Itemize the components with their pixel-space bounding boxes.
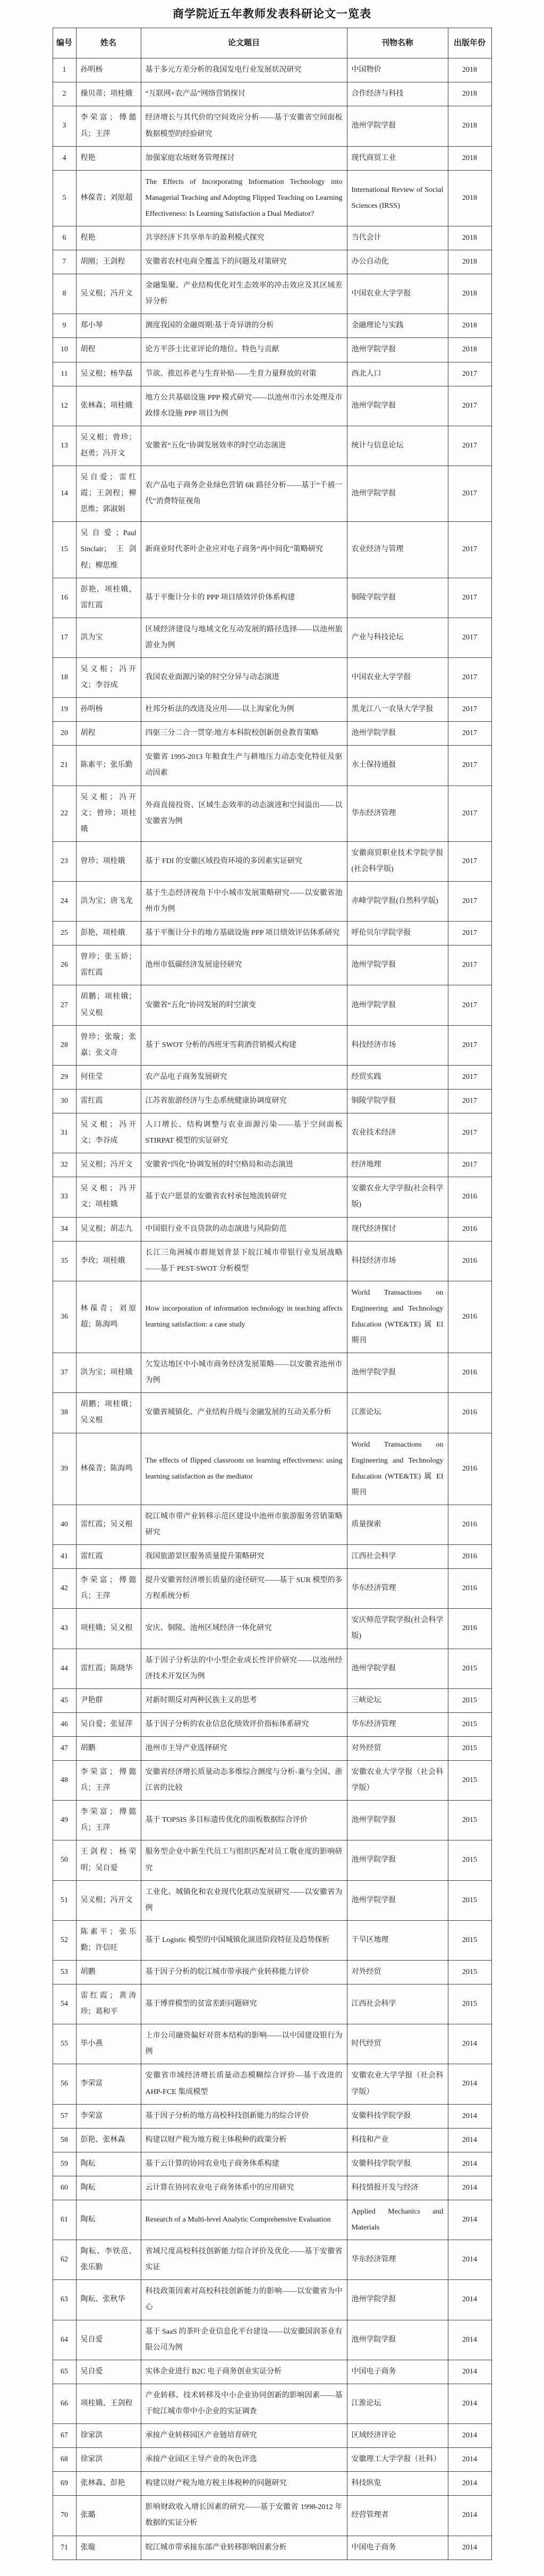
table-row: 42李荣富；傅懿兵；王萍提升安徽省经济增长质量的途径研究——基于 SUR 模型的…: [53, 1569, 491, 1609]
cell-names: 王剑程；杨荣明；吴自爱: [76, 1840, 141, 1880]
cell-title: 对新时期反对两种民族主义的思考: [141, 1688, 347, 1712]
cell-names: 项桂娥、王剑程: [76, 2384, 141, 2423]
cell-title: 基于多元方差分析的我国发电行业发展状况研究: [141, 58, 347, 82]
cell-no: 7: [53, 250, 76, 274]
table-row: 55毕小燕上市公司融资偏好对资本结构的影响——以中国建设银行为例时代经贸2014: [53, 2024, 491, 2064]
cell-no: 20: [53, 722, 76, 746]
cell-year: 2018: [448, 146, 491, 170]
cell-year: 2016: [448, 1353, 491, 1393]
document-page: 商学院近五年教师发表科研论文一览表 编号 姓名 论文题目 刊物名称 出版年份 1…: [0, 0, 544, 2560]
column-header-journal: 刊物名称: [347, 28, 448, 58]
cell-journal: 江淮论坛: [347, 2384, 448, 2423]
cell-no: 3: [53, 106, 76, 146]
cell-title: 基于 SWOT 分析的西班牙雪莉酒营销模式构建: [141, 1025, 347, 1065]
cell-title: 江苏省旅游经济与生态系统健康协调度研究: [141, 1089, 347, 1113]
cell-title: 上市公司融资偏好对资本结构的影响——以中国建设银行为例: [141, 2024, 347, 2064]
cell-title: 影响财政收入增长因素的研究——基于安徽省 1998-2012 年数据的实证分析: [141, 2496, 347, 2536]
cell-journal: 安徽科技学院学报: [347, 2104, 448, 2128]
cell-title: 基于云计算的协同农业电子商务体系构建: [141, 2152, 347, 2176]
cell-year: 2018: [448, 106, 491, 146]
cell-journal: 科技纵览: [347, 2472, 448, 2496]
cell-journal: 华东经济管理: [347, 1569, 448, 1609]
cell-title: 安徽省“五化”协调发展效率的时空动态演进: [141, 426, 347, 466]
table-row: 59陶耘基于云计算的协同农业电子商务体系构建安徽科技学院学报2014: [53, 2152, 491, 2176]
cell-year: 2014: [448, 2320, 491, 2360]
cell-no: 51: [53, 1880, 76, 1920]
cell-no: 58: [53, 2128, 76, 2152]
cell-no: 44: [53, 1649, 76, 1688]
cell-year: 2014: [448, 2176, 491, 2200]
cell-no: 68: [53, 2448, 76, 2472]
cell-names: 陈素平；张乐勤；许信旺: [76, 1920, 141, 1960]
cell-title: 欠发达地区中小城市商务经济发展策略——以安徽省池州市为例: [141, 1353, 347, 1393]
cell-names: 郑小琴: [76, 314, 141, 338]
cell-year: 2016: [448, 1505, 491, 1544]
cell-year: 2015: [448, 1736, 491, 1760]
cell-title: 中国银行业不良贷款的动态演进与风险防范: [141, 1217, 347, 1241]
papers-table: 编号 姓名 论文题目 刊物名称 出版年份 1孙明杨基于多元方差分析的我国发电行业…: [53, 28, 492, 2560]
cell-journal: Applied Mechanics and Materials: [347, 2200, 448, 2240]
cell-year: 2017: [448, 698, 491, 722]
cell-title: 池州市主导产业选择研究: [141, 1736, 347, 1760]
cell-no: 53: [53, 1960, 76, 1984]
cell-title: 共享经济下共享单车的盈利模式探究: [141, 226, 347, 250]
cell-names: 胡鹏: [76, 1736, 141, 1760]
cell-year: 2016: [448, 1217, 491, 1241]
cell-journal: 中国电子商务: [347, 2536, 448, 2560]
cell-journal: 池州学院学报: [347, 466, 448, 522]
cell-no: 47: [53, 1736, 76, 1760]
cell-year: 2016: [448, 1569, 491, 1609]
cell-journal: 池州学院学报: [347, 1649, 448, 1688]
table-row: 20胡程四驱三分二合一贯穿:地方本科院校创新创业教育策略池州学院学报2017: [53, 722, 491, 746]
cell-journal: 农业技术经济: [347, 1113, 448, 1153]
cell-year: 2017: [448, 1113, 491, 1153]
cell-year: 2017: [448, 362, 491, 386]
table-row: 50王剑程；杨荣明；吴自爱服务型企业中新生代员工与组织匹配对员工敬业度的影响研究…: [53, 1840, 491, 1880]
cell-names: 胡程: [76, 338, 141, 362]
cell-title: 测度我国的金融周期:基于奇异谱的分析: [141, 314, 347, 338]
cell-journal: 江西社会科学: [347, 1545, 448, 1569]
cell-journal: 西北人口: [347, 362, 448, 386]
table-row: 40雷红霞；吴义根皖江城市带产业转移示范区建设中池州市旅游服务营销策略研究质量探…: [53, 1505, 491, 1544]
cell-names: 程艳: [76, 146, 141, 170]
cell-title: 安徽省 1995-2013 年粮食生产与耕地压力动态变化特征及驱动因素: [141, 746, 347, 786]
cell-journal: 池州学院学报: [347, 338, 448, 362]
cell-names: 胡鹏；项桂娥；吴义根: [76, 985, 141, 1025]
cell-no: 38: [53, 1393, 76, 1433]
cell-journal: 赤峰学院学报(自然科学版): [347, 882, 448, 922]
table-row: 19孙明杨杜邦分析法的改进及应用——以上海家化为例黑龙江八一农垦大学学报2017: [53, 698, 491, 722]
cell-title: 外商直接投资、区域生态效率的动态演进和空间溢出——以安徽省为例: [141, 786, 347, 841]
cell-names: 雷红霞；吴义根: [76, 1505, 141, 1544]
page-title: 商学院近五年教师发表科研论文一览表: [0, 5, 544, 21]
cell-title: 省域尺度高校科技创新能力综合评价及优化——基于安徽省实证: [141, 2240, 347, 2280]
table-row: 18吴义根；冯开文；李谷成我国农业面源污染的时空分异与动态演进中国农业大学学报2…: [53, 657, 491, 697]
cell-no: 36: [53, 1281, 76, 1353]
cell-names: 彭艳，项桂娥，雷红霞: [76, 578, 141, 618]
cell-title: The effects of flipped classroom on lear…: [141, 1433, 347, 1505]
cell-no: 39: [53, 1433, 76, 1505]
table-row: 3李荣富；傅懿兵；王萍经济增长与其代价的空间效应分析——基于安徽省空间面板数据模…: [53, 106, 491, 146]
cell-year: 2018: [448, 338, 491, 362]
cell-journal: World Transactions on Engineering and Te…: [347, 1281, 448, 1353]
table-row: 71张璇皖江城市带承接东部产业转移影响因素分析中国电子商务2014: [53, 2536, 491, 2560]
cell-year: 2015: [448, 1688, 491, 1712]
cell-title: 构建以财产税为地方税主体税种的政策分析: [141, 2128, 347, 2152]
cell-journal: 科技情报开发与经济: [347, 2176, 448, 2200]
cell-year: 2015: [448, 1840, 491, 1880]
cell-journal: 池州学院学报: [347, 1353, 448, 1393]
cell-names: 曾珍；张玉娇；雷红霞: [76, 945, 141, 985]
cell-year: 2016: [448, 1177, 491, 1217]
cell-year: 2015: [448, 1880, 491, 1920]
cell-year: 2018: [448, 170, 491, 226]
cell-year: 2017: [448, 841, 491, 881]
table-row: 39林葆青；陈海鸣The effects of flipped classroo…: [53, 1433, 491, 1505]
cell-title: 四驱三分二合一贯穿:地方本科院校创新创业教育策略: [141, 722, 347, 746]
cell-names: 雷红霞；陈晓华: [76, 1649, 141, 1688]
cell-no: 9: [53, 314, 76, 338]
cell-no: 48: [53, 1761, 76, 1801]
cell-no: 31: [53, 1113, 76, 1153]
cell-title: 安徽省“五化”协同发展的时空演变: [141, 985, 347, 1025]
cell-names: 吴义根；冯开文: [76, 274, 141, 314]
cell-no: 34: [53, 1217, 76, 1241]
table-row: 30雷红霞江苏省旅游经济与生态系统健康协调度研究铜陵学院学报2017: [53, 1089, 491, 1113]
table-row: 28曾珍；张璇；张嘉；张文奇基于 SWOT 分析的西班牙雪莉酒营销模式构建科技经…: [53, 1025, 491, 1065]
cell-year: 2017: [448, 985, 491, 1025]
table-row: 58彭艳、张林森构建以财产税为地方税主体税种的政策分析科技和产业2014: [53, 2128, 491, 2152]
cell-title: 加强家庭农场财务管理探讨: [141, 146, 347, 170]
cell-no: 19: [53, 698, 76, 722]
cell-title: 经济增长与其代价的空间效应分析——基于安徽省空间面板数据模型的经验研究: [141, 106, 347, 146]
cell-title: 实体企业进行 B2C 电子商务创业实证分析: [141, 2360, 347, 2384]
cell-year: 2014: [448, 2424, 491, 2448]
cell-year: 2014: [448, 2128, 491, 2152]
cell-no: 32: [53, 1153, 76, 1177]
table-row: 37洪为宝；项桂娥欠发达地区中小城市商务经济发展策略——以安徽省池州市为例池州学…: [53, 1353, 491, 1393]
cell-no: 15: [53, 522, 76, 578]
cell-journal: 华东经济管理: [347, 2240, 448, 2280]
cell-names: 李荣富: [76, 2064, 141, 2104]
cell-year: 2017: [448, 746, 491, 786]
cell-year: 2017: [448, 786, 491, 841]
cell-journal: 中国农业大学学报: [347, 274, 448, 314]
cell-title: 基于平衡计分卡的 PPP 项目绩效评价体系构建: [141, 578, 347, 618]
cell-names: 胡刚；王剑程: [76, 250, 141, 274]
cell-title: 基于因子分析的皖江城市带承接产业转移能力评价: [141, 1960, 347, 1984]
cell-names: 李玫；项桂娥: [76, 1241, 141, 1281]
table-row: 7胡刚；王剑程安徽省农村电商全覆盖下的问题及对策研究办公自动化2018: [53, 250, 491, 274]
cell-names: 洪为宝；项桂娥: [76, 1353, 141, 1393]
cell-names: 彭艳、张林森: [76, 2128, 141, 2152]
cell-no: 18: [53, 657, 76, 697]
cell-title: 基于 SaaS 的茶叶企业信息化平台建设——以安徽国润茶业有限公司为例: [141, 2320, 347, 2360]
cell-no: 42: [53, 1569, 76, 1609]
cell-year: 2014: [448, 2536, 491, 2560]
cell-journal: 统计与信息论坛: [347, 426, 448, 466]
cell-no: 43: [53, 1609, 76, 1649]
cell-no: 45: [53, 1688, 76, 1712]
cell-year: 2017: [448, 522, 491, 578]
table-row: 23曾珍；项桂娥基于 FDI 的安徽区域投资环境的多因素实证研究安徽商贸职业技术…: [53, 841, 491, 881]
cell-year: 2017: [448, 1065, 491, 1089]
cell-names: 陶耘、张秋华: [76, 2280, 141, 2320]
cell-year: 2015: [448, 1984, 491, 2024]
cell-no: 17: [53, 618, 76, 657]
table-row: 31吴义根；冯开文；李谷成人口增长、结构调整与农业面源污染——基于空间面板 ST…: [53, 1113, 491, 1153]
table-row: 33吴义根；冯开文；项桂娥基于农户愿景的安徽省农村承包地流转研究安徽农业大学学报…: [53, 1177, 491, 1217]
cell-names: 李荣富；傅懿兵；王萍: [76, 1761, 141, 1801]
cell-names: 林葆青；刘原超: [76, 170, 141, 226]
cell-no: 56: [53, 2064, 76, 2104]
cell-title: 基于生态经济视角下中小城市发展策略研究——以安徽省池州市为例: [141, 882, 347, 922]
cell-title: 人口增长、结构调整与农业面源污染——基于空间面板 STIRPAT 模型的实证研究: [141, 1113, 347, 1153]
cell-names: 胡程: [76, 722, 141, 746]
cell-title: 基于 Logistic 模型的中国城镇化演进阶段特征及趋势探析: [141, 1920, 347, 1960]
cell-title: 安徽省“四化”协调发展的时空格局和动态演进: [141, 1153, 347, 1177]
cell-title: 基于 FDI 的安徽区域投资环境的多因素实证研究: [141, 841, 347, 881]
cell-no: 29: [53, 1065, 76, 1089]
table-row: 62陶耘、李铁范、张乐勤省域尺度高校科技创新能力综合评价及优化——基于安徽省实证…: [53, 2240, 491, 2280]
cell-no: 63: [53, 2280, 76, 2320]
cell-year: 2017: [448, 618, 491, 657]
cell-no: 69: [53, 2472, 76, 2496]
table-row: 70张璐影响财政收入增长因素的研究——基于安徽省 1998-2012 年数据的实…: [53, 2496, 491, 2536]
cell-year: 2015: [448, 1960, 491, 1984]
table-row: 32吴义根；冯开文安徽省“四化”协调发展的时空格局和动态演进经济地理2017: [53, 1153, 491, 1177]
cell-title: 我国旅游景区服务质量提升策略研究: [141, 1545, 347, 1569]
cell-names: 陈素平；张乐勤: [76, 746, 141, 786]
cell-names: 吴义根；冯开文；项桂娥: [76, 1177, 141, 1217]
cell-journal: 科技经济市场: [347, 1241, 448, 1281]
cell-no: 61: [53, 2200, 76, 2240]
cell-names: 胡鹏；项桂娥；吴义根: [76, 1393, 141, 1433]
table-row: 2操贝蒂；项桂娥“互联网+农产品”网络营销探讨合作经济与科技2018: [53, 82, 491, 106]
cell-journal: 三峡论坛: [347, 1688, 448, 1712]
cell-year: 2014: [448, 2024, 491, 2064]
cell-no: 27: [53, 985, 76, 1025]
cell-no: 50: [53, 1840, 76, 1880]
cell-journal: 经贸实践: [347, 1065, 448, 1089]
table-row: 24洪为宝；唐飞龙基于生态经济视角下中小城市发展策略研究——以安徽省池州市为例赤…: [53, 882, 491, 922]
table-header-row: 编号 姓名 论文题目 刊物名称 出版年份: [53, 28, 491, 58]
table-row: 54雷红霞；黄涛珍；葛和平基于博弈模型的贫富差距问题研究江西社会科学2015: [53, 1984, 491, 2024]
table-row: 65吴自爱实体企业进行 B2C 电子商务创业实证分析中国电子商务2014: [53, 2360, 491, 2384]
cell-title: 杜邦分析法的改进及应用——以上海家化为例: [141, 698, 347, 722]
cell-year: 2014: [448, 2496, 491, 2536]
cell-no: 6: [53, 226, 76, 250]
table-row: 8吴义根；冯开文金融集聚、产业结构优化对生态效率的冲击效应及其区域差异分析中国农…: [53, 274, 491, 314]
cell-journal: 科技和产业: [347, 2128, 448, 2152]
cell-no: 59: [53, 2152, 76, 2176]
cell-year: 2017: [448, 945, 491, 985]
cell-journal: 办公自动化: [347, 250, 448, 274]
cell-no: 5: [53, 170, 76, 226]
cell-title: 承接产业园区主导产业的灰色评选: [141, 2448, 347, 2472]
table-row: 66项桂娥、王剑程产业转移、技术转移及中小企业协同创新的影响因素——基于皖江城市…: [53, 2384, 491, 2423]
cell-title: 构建以财产税为地方税主体税种的问题研究: [141, 2472, 347, 2496]
cell-journal: 池州学院学报: [347, 2320, 448, 2360]
table-row: 16彭艳，项桂娥，雷红霞基于平衡计分卡的 PPP 项目绩效评价体系构建铜陵学院学…: [53, 578, 491, 618]
cell-journal: 安庆师范学院学报(社会科学版): [347, 1609, 448, 1649]
table-row: 22吴义根；冯开文；曾珍；项桂娥外商直接投资、区域生态效率的动态演进和空间溢出—…: [53, 786, 491, 841]
cell-journal: 池州学院学报: [347, 2280, 448, 2320]
table-row: 57李荣富基于因子分析的地方高校科技创新能力的综合评价安徽科技学院学报2014: [53, 2104, 491, 2128]
table-row: 68徐家洪承接产业园区主导产业的灰色评选安徽理工大学学报（社科）2014: [53, 2448, 491, 2472]
table-row: 27胡鹏；项桂娥；吴义根安徽省“五化”协同发展的时空演变池州学院学报2017: [53, 985, 491, 1025]
cell-journal: 池州学院学报: [347, 722, 448, 746]
table-row: 36林葆青；刘原超；陈海鸣How incorporation of inform…: [53, 1281, 491, 1353]
cell-names: 雷红霞: [76, 1545, 141, 1569]
cell-no: 41: [53, 1545, 76, 1569]
cell-no: 55: [53, 2024, 76, 2064]
cell-title: 安徽省经济增长质量动态多维综合测度与分析-兼与全国、浙江省的比较: [141, 1761, 347, 1801]
cell-title: 安徽省市域经济增长质量动态模糊综合评价—基于改进的 AHP-FCE 集成模型: [141, 2064, 347, 2104]
table-row: 60陶耘云计算在协同农业电子商务体系中的应用研究科技情报开发与经济2014: [53, 2176, 491, 2200]
cell-title: 地方公共基础设施 PPP 模式研究——以池州市污水处理及市政排水设施 PPP 项…: [141, 386, 347, 426]
cell-no: 8: [53, 274, 76, 314]
cell-names: 陶耘、李铁范、张乐勤: [76, 2240, 141, 2280]
cell-no: 4: [53, 146, 76, 170]
cell-year: 2018: [448, 314, 491, 338]
cell-no: 66: [53, 2384, 76, 2423]
cell-names: 李荣富: [76, 2104, 141, 2128]
cell-journal: 区域经济评论: [347, 2424, 448, 2448]
cell-journal: 安徽农业大学学报(社会科学版): [347, 1177, 448, 1217]
cell-title: 基于因子分析的农业信息化绩效评价指标体系研究: [141, 1712, 347, 1736]
table-row: 43项桂娥；吴义根安庆、铜陵、池州区域经济一体化研究安庆师范学院学报(社会科学版…: [53, 1609, 491, 1649]
cell-journal: 质量探索: [347, 1505, 448, 1544]
cell-no: 22: [53, 786, 76, 841]
cell-journal: 呼伦贝尔学院学报: [347, 922, 448, 945]
cell-year: 2015: [448, 1649, 491, 1688]
cell-year: 2017: [448, 1089, 491, 1113]
cell-names: 李荣富；傅懿兵；王萍: [76, 106, 141, 146]
cell-title: 论方平莎士比亚评论的地位、特色与贡献: [141, 338, 347, 362]
cell-names: 林葆青；陈海鸣: [76, 1433, 141, 1505]
cell-year: 2017: [448, 1025, 491, 1065]
cell-year: 2015: [448, 1920, 491, 1960]
cell-year: 2016: [448, 1433, 491, 1505]
cell-names: 吴义根；冯开文；李谷成: [76, 657, 141, 697]
cell-journal: 安徽农业大学学报（社会科学版）: [347, 1761, 448, 1801]
table-row: 12张林森；项桂娥地方公共基础设施 PPP 模式研究——以池州市污水处理及市政排…: [53, 386, 491, 426]
cell-year: 2014: [448, 2448, 491, 2472]
cell-journal: 池州学院学报: [347, 1880, 448, 1920]
cell-no: 24: [53, 882, 76, 922]
cell-journal: 池州学院学报: [347, 945, 448, 985]
cell-title: 皖江城市带承接东部产业转移影响因素分析: [141, 2536, 347, 2560]
cell-no: 46: [53, 1712, 76, 1736]
table-row: 49李荣富；傅懿兵；王萍基于 TOPSIS 多目标遗传优化的面板数据综合评价池州…: [53, 1801, 491, 1840]
table-row: 53胡鹏基于因子分析的皖江城市带承接产业转移能力评价对外经贸2015: [53, 1960, 491, 1984]
cell-journal: 安徽农业大学学报（社会科学版）: [347, 2064, 448, 2104]
cell-title: 区域经济建设与地域文化互动发展的路径选择——以池州旅游业为例: [141, 618, 347, 657]
table-row: 25彭艳，项桂娥基于平衡计分卡的地方基础设施 PPP 项目绩效评估体系研究呼伦贝…: [53, 922, 491, 945]
cell-no: 10: [53, 338, 76, 362]
cell-title: “互联网+农产品”网络营销探讨: [141, 82, 347, 106]
cell-journal: 华东经济管理: [347, 1712, 448, 1736]
cell-names: 操贝蒂；项桂娥: [76, 82, 141, 106]
cell-names: 陶耘: [76, 2200, 141, 2240]
table-row: 34吴义根；胡志九中国银行业不良贷款的动态演进与风险防范现代经济探讨2016: [53, 1217, 491, 1241]
cell-journal: 经营管理者: [347, 2496, 448, 2536]
table-row: 64吴自爱基于 SaaS 的茶叶企业信息化平台建设——以安徽国润茶业有限公司为例…: [53, 2320, 491, 2360]
cell-journal: 池州学院学报: [347, 985, 448, 1025]
column-header-no: 编号: [53, 28, 76, 58]
cell-names: 吴义根；冯开文: [76, 1153, 141, 1177]
cell-journal: 中国农业大学学报: [347, 657, 448, 697]
cell-year: 2014: [448, 2384, 491, 2423]
cell-journal: 华东经济管理: [347, 786, 448, 841]
cell-no: 1: [53, 58, 76, 82]
cell-no: 54: [53, 1984, 76, 2024]
cell-names: 吴自爱；Paul Sinclair；王剑程；柳思维: [76, 522, 141, 578]
cell-names: 洪为宝: [76, 618, 141, 657]
cell-names: 李荣富；傅懿兵；王萍: [76, 1569, 141, 1609]
table-row: 69张林森、彭艳构建以财产税为地方税主体税种的问题研究科技纵览2014: [53, 2472, 491, 2496]
cell-journal: 江淮论坛: [347, 1393, 448, 1433]
cell-names: 雷红霞: [76, 1089, 141, 1113]
cell-year: 2018: [448, 250, 491, 274]
cell-journal: 安徽商贸职业技术学院学报(社会科学版): [347, 841, 448, 881]
cell-names: 吴自爱；张显萍: [76, 1712, 141, 1736]
cell-names: 孙明杨: [76, 698, 141, 722]
cell-title: 服务型企业中新生代员工与组织匹配对员工敬业度的影响研究: [141, 1840, 347, 1880]
cell-journal: 现代经济探讨: [347, 1217, 448, 1241]
cell-year: 2014: [448, 2104, 491, 2128]
table-row: 51吴义根；冯开文工业化、城镇化和农业现代化联动发展研究——以安徽省为例池州学院…: [53, 1880, 491, 1920]
cell-journal: World Transactions on Engineering and Te…: [347, 1433, 448, 1505]
cell-no: 30: [53, 1089, 76, 1113]
cell-year: 2018: [448, 82, 491, 106]
cell-names: 尹艳群: [76, 1688, 141, 1712]
cell-names: 吴自爱；雷红霞；王剑程；柳思维；郭淑娟: [76, 466, 141, 522]
cell-year: 2015: [448, 1801, 491, 1840]
cell-no: 49: [53, 1801, 76, 1840]
table-row: 17洪为宝区域经济建设与地域文化互动发展的路径选择——以池州旅游业为例产业与科技…: [53, 618, 491, 657]
cell-no: 11: [53, 362, 76, 386]
cell-journal: 铜陵学院学报: [347, 578, 448, 618]
cell-journal: 当代会计: [347, 226, 448, 250]
cell-journal: 池州学院学报: [347, 386, 448, 426]
cell-names: 张璐: [76, 2496, 141, 2536]
cell-names: 曾珍；张璇；张嘉；张文奇: [76, 1025, 141, 1065]
cell-title: 池州市低碳经济发展途径研究: [141, 945, 347, 985]
cell-journal: 水土保持通报: [347, 746, 448, 786]
column-header-title: 论文题目: [141, 28, 347, 58]
table-row: 5林葆青；刘原超The Effects of Incorporating Inf…: [53, 170, 491, 226]
cell-title: 基于平衡计分卡的地方基础设施 PPP 项目绩效评估体系研究: [141, 922, 347, 945]
table-row: 15吴自爱；Paul Sinclair；王剑程；柳思维新商业时代茶叶企业应对电子…: [53, 522, 491, 578]
cell-title: 科技政策因素对高校科技创新能力的影响——以安徽省为中心: [141, 2280, 347, 2320]
cell-journal: 安徽理工大学学报（社科）: [347, 2448, 448, 2472]
cell-title: 安庆、铜陵、池州区域经济一体化研究: [141, 1609, 347, 1649]
cell-year: 2016: [448, 1393, 491, 1433]
cell-names: 徐家洪: [76, 2424, 141, 2448]
cell-journal: 黑龙江八一农垦大学学报: [347, 698, 448, 722]
table-row: 6程艳共享经济下共享单车的盈利模式探究当代会计2018: [53, 226, 491, 250]
cell-title: 长江三角洲城市群规划背景下皖江城市带银行业发展战略——基于 PEST-SWOT …: [141, 1241, 347, 1281]
cell-journal: 铜陵学院学报: [347, 1089, 448, 1113]
cell-title: 安徽省城镇化、产业结构升级与金融发展的互动关系分析: [141, 1393, 347, 1433]
cell-year: 2014: [448, 2280, 491, 2320]
cell-year: 2017: [448, 386, 491, 426]
table-row: 61陶耘Research of a Multi-level Analytic C…: [53, 2200, 491, 2240]
cell-year: 2016: [448, 1281, 491, 1353]
